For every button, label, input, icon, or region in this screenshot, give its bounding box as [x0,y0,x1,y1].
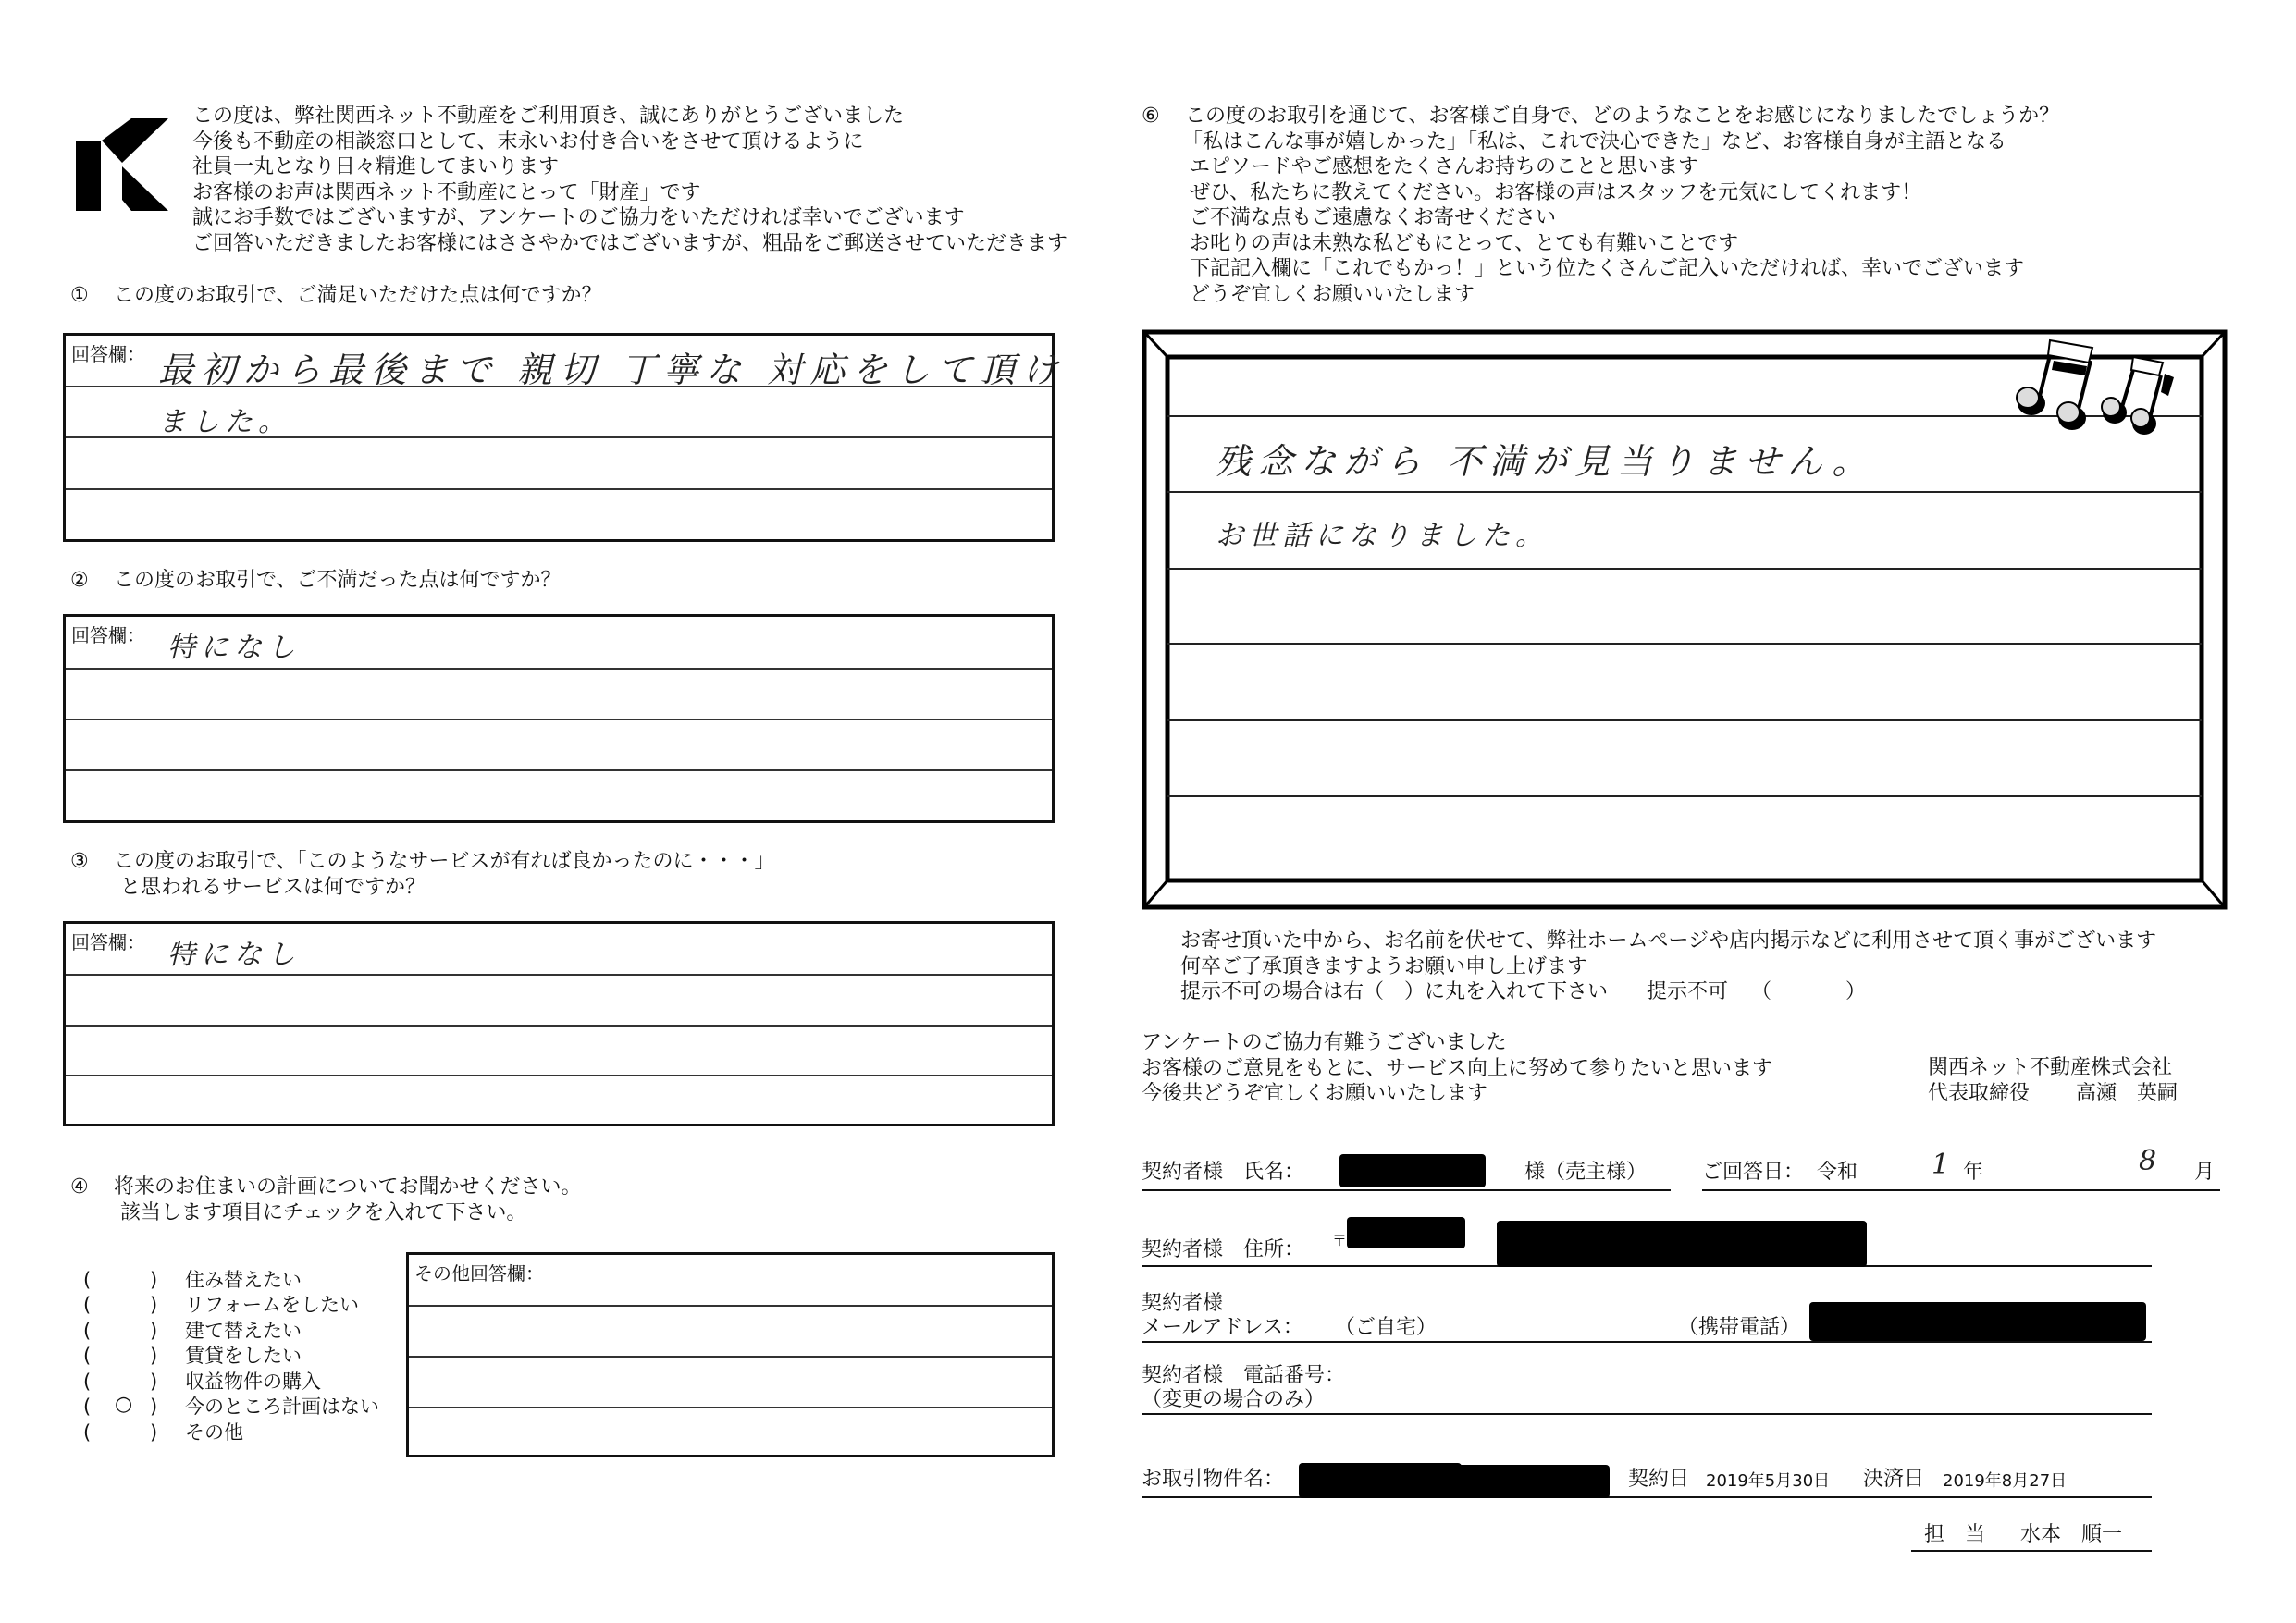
option-label: 収益物件の購入 [185,1369,321,1395]
ruled-line [66,1075,1052,1076]
checklist-item[interactable]: (○) 今のところ計画はない [83,1395,379,1420]
notice-line: お寄せ頂いた中から、お名前を伏せて、弊社ホームページや店内掲示などに利用させて頂… [1180,928,2156,954]
question-text-line: 下記記入欄に「これでもかっ！」という位たくさんご記入いただければ、幸いでございま… [1142,256,2059,282]
year-unit: 年 [1963,1160,1983,1186]
question-number: ① [70,283,107,309]
question-text-line-1: この度のお取引で、「このようなサービスが有れば良かったのに・・・」 [114,850,775,873]
question-text-line: エピソードやご感想をたくさんお持ちのことと思います [1142,154,2059,180]
answer-label: 回答欄： [71,621,145,647]
answer-box-3[interactable]: 回答欄： 特になし [63,921,1055,1126]
checklist-item[interactable]: () 賃貸をしたい [83,1344,379,1370]
email-label-line-2: メールアドレス： [1142,1316,1303,1339]
settlement-date-label: 決済日 [1863,1467,1924,1493]
question-text-line-1: 将来のお住まいの計画についてお聞かせください。 [114,1175,582,1199]
intro-line: 今後も不動産の相談窓口として、末永いお付き合いをさせて頂けるように [192,129,1068,155]
ruled-line [66,488,1052,490]
ruled-line [66,769,1052,771]
other-answer-label: その他回答欄： [414,1259,544,1285]
thanks-text: アンケートのご協力有難うございました お客様のご意見をもとに、サービス向上に努め… [1142,1030,1772,1107]
company-name: 関西ネット不動産株式会社 [1928,1055,2178,1081]
redacted-postal-code [1347,1217,1465,1248]
refuse-label: 提示不可 [1647,980,1728,1003]
thanks-line: 今後共どうぞ宜しくお願いいたします [1142,1081,1772,1107]
company-logo-icon [76,118,168,211]
question-text: この度のお取引で、ご満足いただけた点は何ですか？ [114,284,602,307]
handwritten-answer: 最初から最後まで 親切 丁寧な 対応をして頂け [158,341,1065,392]
intro-line: この度は、弊社関西ネット不動産をご利用頂き、誠にありがとうございました [192,104,1068,129]
ruled-line [409,1356,1052,1358]
handwritten-answer: 特になし [167,931,301,972]
settlement-date: 2019年8月27日 [1943,1469,2067,1494]
address-field[interactable]: 契約者様 住所： 〒 [1142,1232,2152,1267]
email-field[interactable]: 契約者様 メールアドレス： （ご自宅） （携帯電話） [1142,1291,2152,1343]
answer-box-1[interactable]: 回答欄： 最初から最後まで 親切 丁寧な 対応をして頂け ました。 [63,333,1055,542]
option-label: 今のところ計画はない [185,1394,379,1420]
thanks-line: お客様のご意見をもとに、サービス向上に努めて参りたいと思います [1142,1056,1772,1082]
plan-checklist: () 住み替えたい () リフォームをしたい () 建て替えたい () 賃貸をし… [83,1267,379,1445]
redacted-mobile [1809,1302,2146,1341]
refuse-instruction: 提示不可の場合は右（ ）に丸を入れて下さい [1180,980,1608,1003]
contract-date-label: 契約日 [1628,1467,1689,1493]
intro-line: 誠にお手数ではございますが、アンケートのご協力をいただければ幸いでございます [192,205,1068,231]
question-text-line: 「私はこんな事が嬉しかった」「私は、これで決心できた」など、お客様自身が主語とな… [1142,129,2059,155]
publish-notice: お寄せ頂いた中から、お名前を伏せて、弊社ホームページや店内掲示などに利用させて頂… [1180,928,2156,1005]
checklist-item[interactable]: () その他 [83,1420,379,1445]
answer-date-field[interactable]: ご回答日： 令和 1 年 8 月 [1702,1160,2220,1191]
option-label: 住み替えたい [185,1267,302,1293]
ruled-line [66,974,1052,976]
question-number: ② [70,568,107,594]
checklist-item[interactable]: () 住み替えたい [83,1267,379,1293]
ruled-line [66,668,1052,670]
answer-box-6[interactable]: 残念ながら 不満が見当りません。 お世話になりました。 [1142,329,2228,910]
handwritten-answer: 特になし [167,624,301,665]
question-text: この度のお取引で、ご不満だった点は何ですか？ [114,569,562,592]
answer-label: 回答欄： [71,928,145,954]
name-field[interactable]: 契約者様 氏名： 様（売主様） [1142,1160,1671,1191]
staff-label: 担 当 [1924,1522,1985,1548]
address-label: 契約者様 住所： [1142,1237,1304,1263]
ruled-line [409,1305,1052,1307]
ruled-line [409,1407,1052,1408]
name-label: 契約者様 氏名： [1142,1161,1304,1184]
phone-field[interactable]: 契約者様 電話番号： （変更の場合のみ） [1142,1363,2152,1415]
intro-line: 社員一丸となり日々精進してまいります [192,154,1068,180]
music-notes-icon [2011,335,2196,436]
question-6-heading: ⑥ この度のお取引を通じて、お客様ご自身で、どのようなことをお感じになりましたで… [1142,104,2059,307]
question-number: ⑥ [1142,104,1179,129]
year-value: 1 [1932,1152,1949,1178]
question-2-heading: ② この度のお取引で、ご不満だった点は何ですか？ [70,568,562,594]
ruled-line [66,1025,1052,1027]
staff-field: 担 当 水本 順一 [1911,1522,2152,1552]
question-number: ④ [70,1174,107,1200]
question-1-heading: ① この度のお取引で、ご満足いただけた点は何ですか？ [70,283,602,309]
checklist-item[interactable]: () 建て替えたい [83,1318,379,1344]
phone-label-line-2: （変更の場合のみ） [1142,1387,2152,1413]
property-field[interactable]: お取引物件名： 契約日 2019年5月30日 決済日 2019年8月27日 [1142,1467,2152,1498]
email-home-label: （ご自宅） [1335,1316,1437,1339]
checklist-item[interactable]: () リフォームをしたい [83,1293,379,1319]
month-value: 8 [2139,1149,2156,1174]
intro-line: お客様のお声は関西ネット不動産にとって「財産」です [192,180,1068,206]
redacted-name [1339,1154,1486,1187]
handwritten-answer: お世話になりました。 [1216,512,1549,553]
ruled-line [66,719,1052,720]
option-label: その他 [185,1420,243,1445]
notice-line: 何卒ご了承頂きますようお願い申し上げます [1180,954,2156,980]
question-number: ③ [70,849,107,875]
handwritten-answer: 残念ながら 不満が見当りません。 [1216,433,1874,484]
postal-mark: 〒 [1332,1228,1347,1254]
rep-title: 代表取締役 [1928,1082,2030,1105]
rep-name: 高瀬 英嗣 [2076,1082,2178,1105]
property-label: お取引物件名： [1142,1468,1284,1491]
redacted-property [1447,1465,1610,1498]
contract-date: 2019年5月30日 [1706,1469,1830,1494]
question-4-heading: ④ 将来のお住まいの計画についてお聞かせください。 該当します項目にチェックを入… [70,1174,582,1226]
option-label: リフォームをしたい [185,1292,359,1318]
intro-line: ご回答いただきましたお客様にはささやかではございますが、粗品をご郵送させていただ… [192,231,1068,257]
option-label: 建て替えたい [185,1318,302,1344]
thanks-line: アンケートのご協力有難うございました [1142,1030,1772,1056]
question-text-line: どうぞ宜しくお願いいたします [1142,282,2059,308]
name-suffix: 様（売主様） [1524,1160,1647,1186]
checklist-item[interactable]: () 収益物件の購入 [83,1369,379,1395]
option-label: 賃貸をしたい [185,1343,302,1369]
month-unit: 月 [2194,1160,2215,1186]
mobile-label: （携帯電話） [1678,1315,1800,1341]
question-text-line: ご不満な点もご遠慮なくお寄せください [1142,205,2059,231]
question-text-line: お叱りの声は未熟な私どもにとって、とても有難いことです [1142,231,2059,257]
era: 令和 [1817,1160,1858,1186]
answer-label: 回答欄： [71,339,145,366]
answer-date-label: ご回答日： [1702,1161,1804,1184]
company-signature: 関西ネット不動産株式会社 代表取締役 高瀬 英嗣 [1928,1055,2178,1106]
question-text-line: ぜひ、私たちに教えてください。お客様の声はスタッフを元気にしてくれます！ [1142,180,2059,206]
question-text-line: この度のお取引を通じて、お客様ご自身で、どのようなことをお感じになりましたでしょ… [1185,105,2059,128]
phone-label-line-1: 契約者様 電話番号： [1142,1363,2152,1387]
intro-text: この度は、弊社関西ネット不動産をご利用頂き、誠にありがとうございました 今後も不… [192,104,1068,256]
staff-name: 水本 順一 [2020,1523,2122,1546]
other-answer-box[interactable]: その他回答欄： [406,1252,1055,1457]
question-text-line-2: 該当します項目にチェックを入れて下さい。 [70,1200,582,1226]
redacted-property [1299,1463,1462,1498]
question-3-heading: ③ この度のお取引で、「このようなサービスが有れば良かったのに・・・」 と思われ… [70,849,775,901]
refuse-checkbox[interactable]: （） [1751,979,1866,1005]
redacted-address [1497,1221,1867,1267]
handwritten-answer: ました。 [158,399,291,439]
question-text-line-2: と思われるサービスは何ですか？ [70,875,775,901]
answer-box-2[interactable]: 回答欄： 特になし [63,614,1055,823]
